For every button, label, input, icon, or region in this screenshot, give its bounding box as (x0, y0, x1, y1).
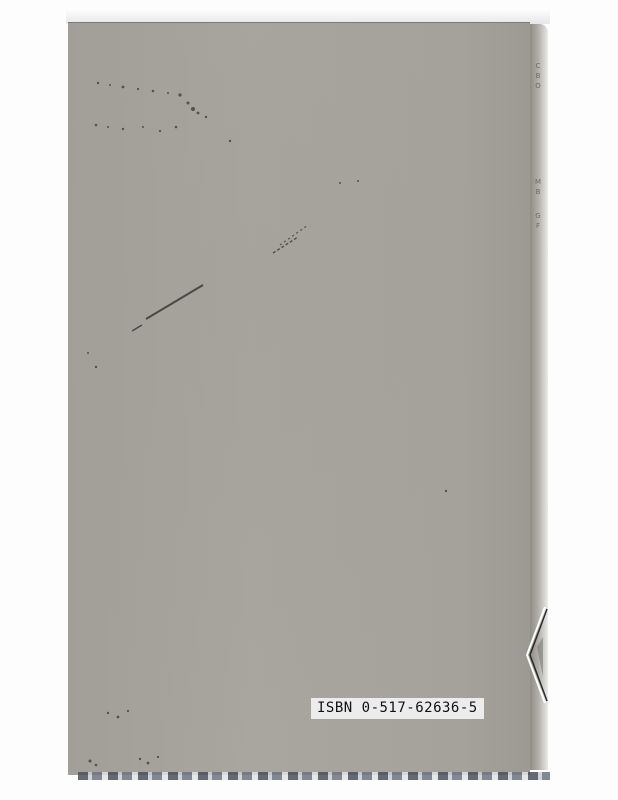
spine-letter: F (534, 222, 542, 231)
spine-chevron-decoration (525, 607, 549, 717)
book: ISBN 0-517-62636-5 C B O M B G F (68, 22, 550, 774)
spine-letter: C (534, 62, 542, 71)
spine-letter: B (534, 188, 542, 197)
spine-letter: B (534, 72, 542, 81)
photo-scene: ISBN 0-517-62636-5 C B O M B G F (0, 0, 618, 800)
isbn-label: ISBN 0-517-62636-5 (311, 698, 484, 719)
back-cover: ISBN 0-517-62636-5 (68, 22, 530, 775)
spine-letter: M (534, 178, 542, 187)
scuff-marks (68, 23, 530, 775)
spine-letter: O (534, 82, 542, 91)
bottom-page-edge (78, 772, 550, 780)
spine-letter: G (534, 212, 542, 221)
